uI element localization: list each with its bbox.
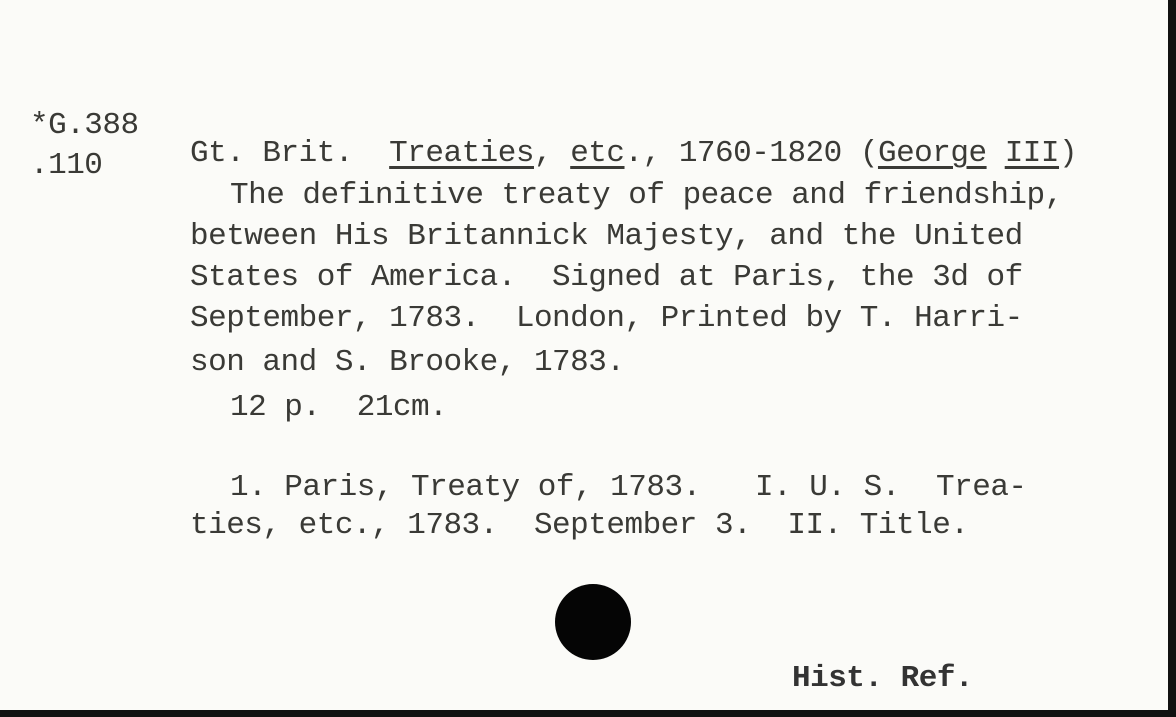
imprint-line-2: son and S. Brooke, 1783. (190, 347, 624, 378)
title-line-1: The definitive treaty of peace and frien… (230, 180, 1063, 211)
title-line-3: States of America. Signed at Paris, the … (190, 262, 1023, 293)
collation: 12 p. 21cm. (230, 392, 447, 423)
ruler-name: George (878, 136, 987, 171)
card-edge-bottom (0, 710, 1176, 717)
title-line-2: between His Britannick Majesty, and the … (190, 221, 1023, 252)
heading-close-paren: ) (1059, 136, 1077, 171)
heading-space (987, 136, 1005, 171)
call-number-line-1: *G.388 (30, 110, 139, 141)
card-edge-right (1168, 0, 1176, 717)
imprint-line-1: September, 1783. London, Printed by T. H… (190, 303, 1023, 334)
tracing-line-2: ties, etc., 1783. September 3. II. Title… (190, 510, 968, 541)
punch-hole (555, 584, 631, 660)
uniform-title-etc: etc (570, 136, 624, 171)
heading-separator: , (534, 136, 570, 171)
ruler-numeral: III (1005, 136, 1059, 171)
main-entry-heading: Gt. Brit. Treaties, etc., 1760-1820 (Geo… (190, 138, 1077, 169)
call-number-line-2: .110 (30, 150, 102, 181)
tracing-line-1: 1. Paris, Treaty of, 1783. I. U. S. Trea… (230, 472, 1027, 503)
uniform-title-treaties: Treaties (389, 136, 534, 171)
heading-dates: ., 1760-1820 ( (625, 136, 878, 171)
catalog-card: *G.388 .110 Gt. Brit. Treaties, etc., 17… (0, 0, 1168, 710)
main-entry: Gt. Brit. (190, 136, 353, 171)
location-note: Hist. Ref. (792, 663, 973, 694)
